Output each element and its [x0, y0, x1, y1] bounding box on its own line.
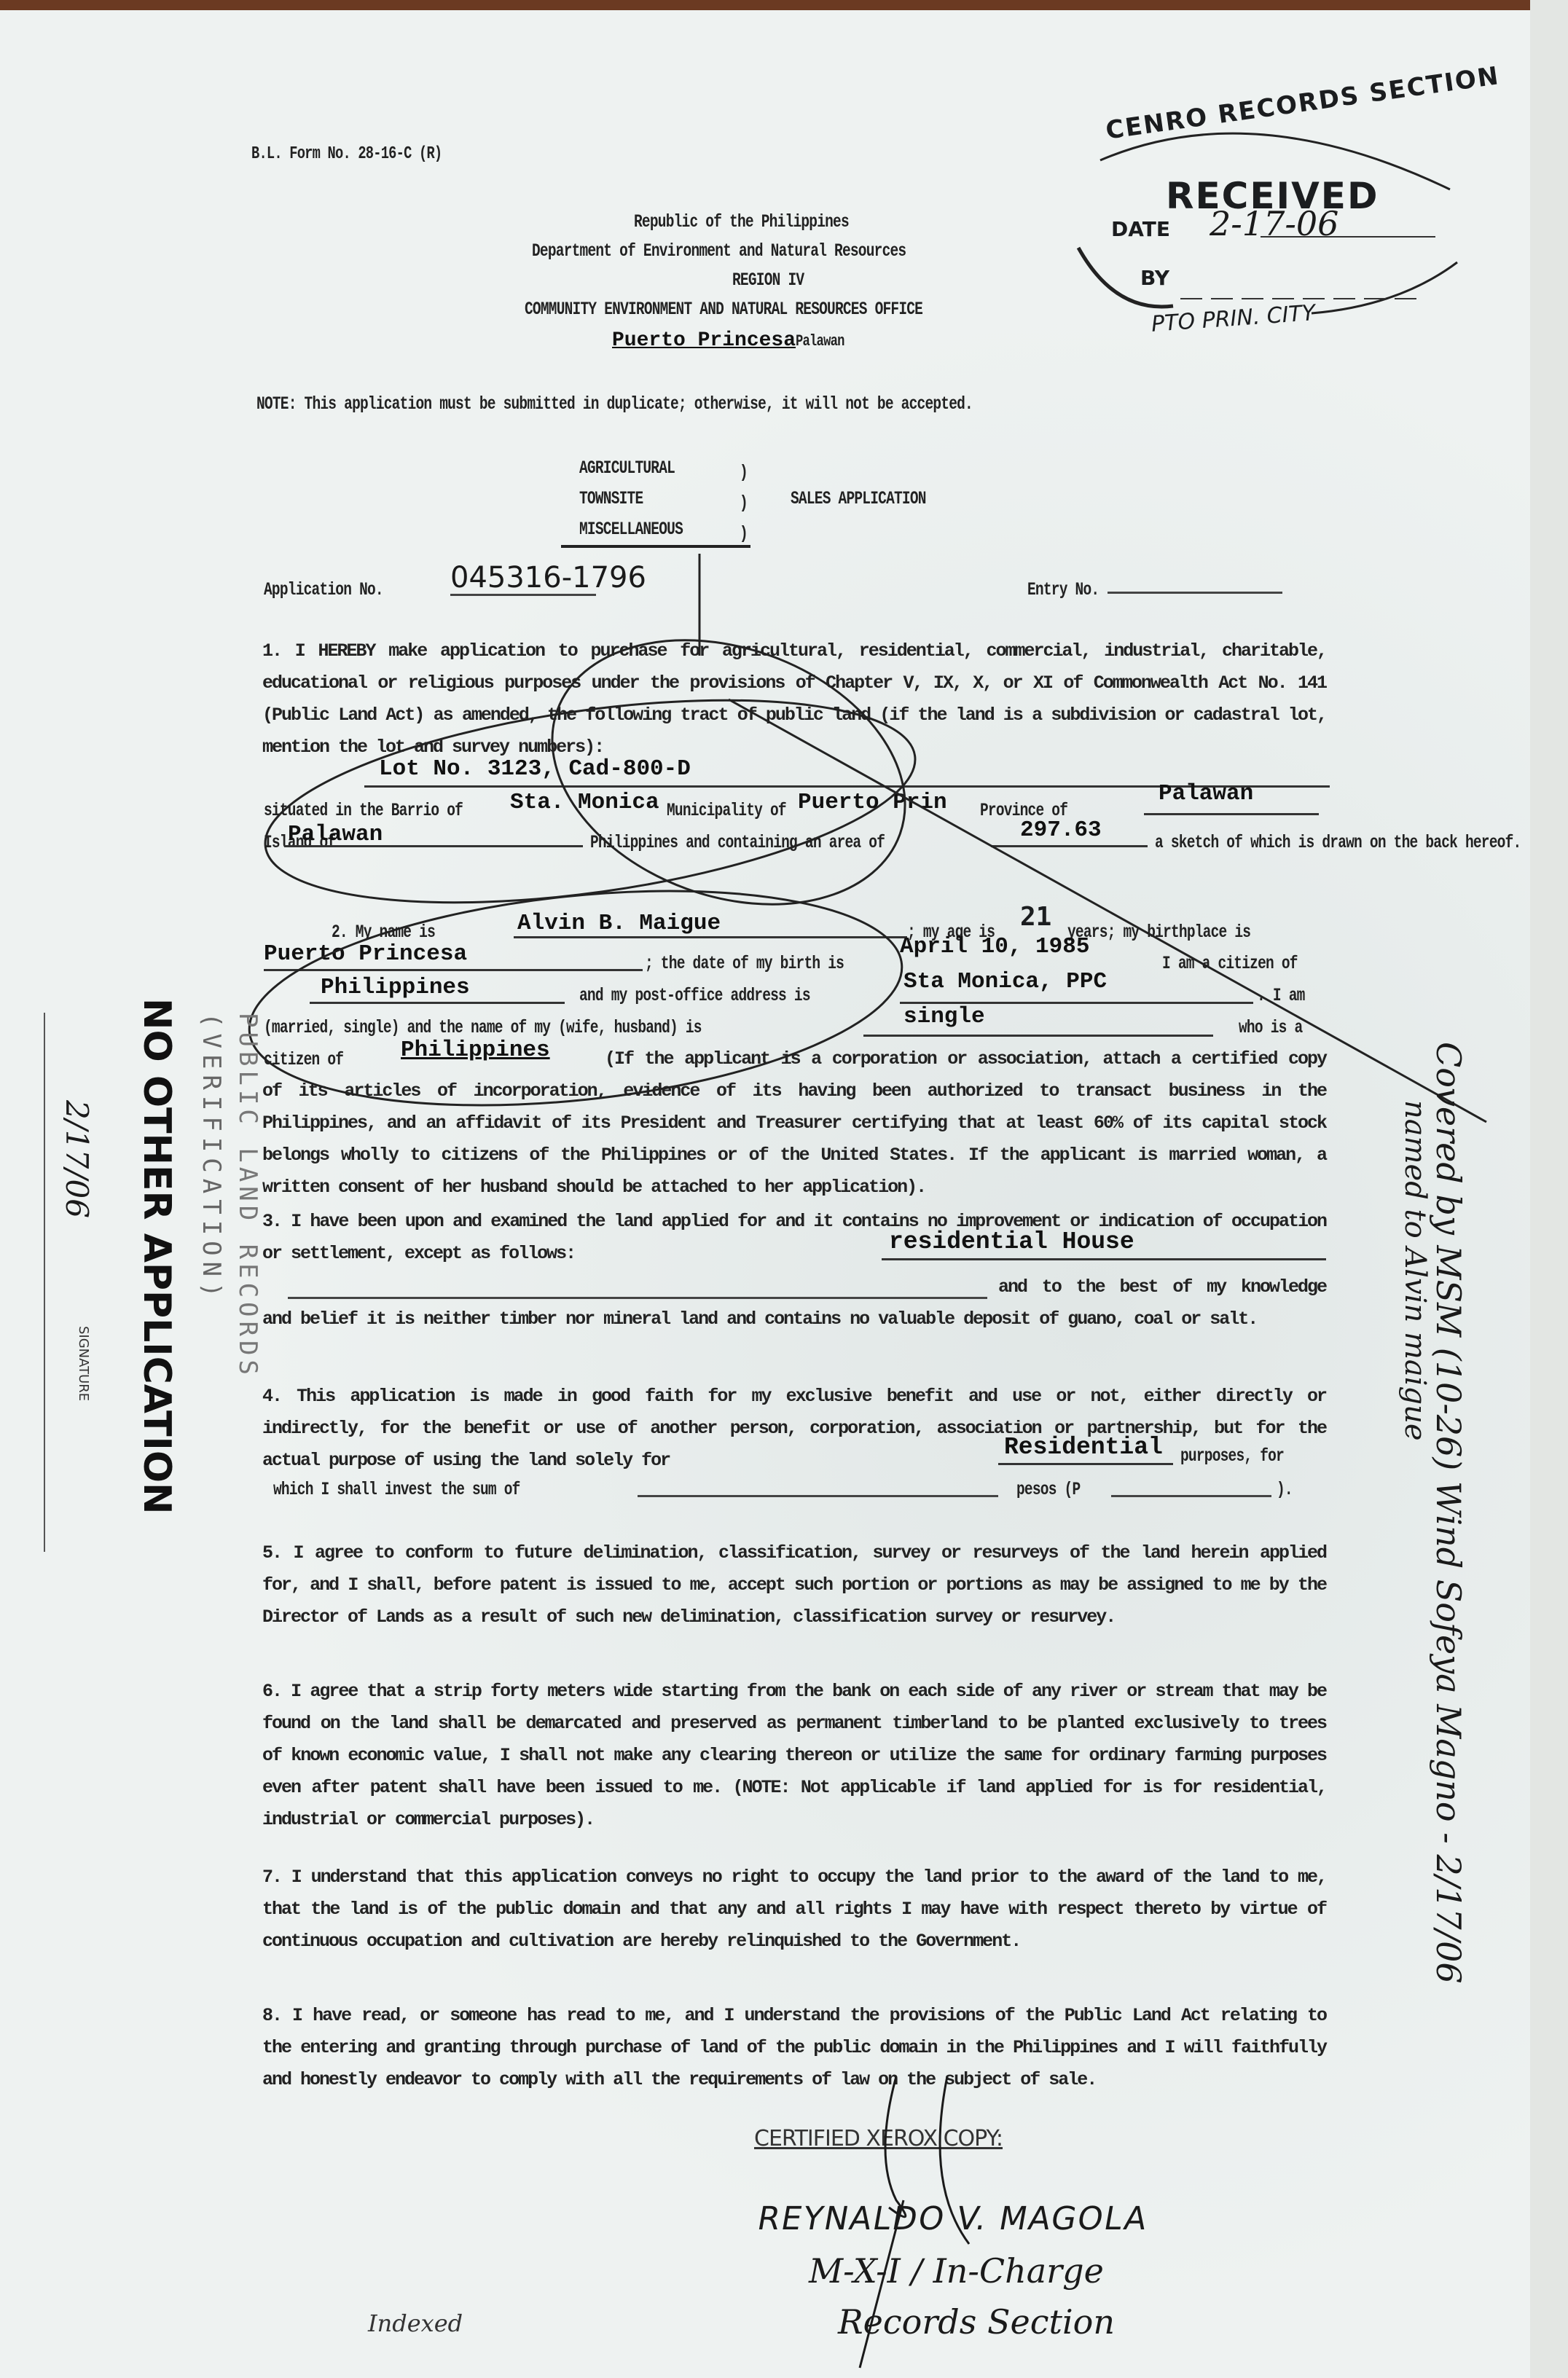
stamp-date: 2/17/06	[59, 1100, 95, 1218]
stamp-border	[44, 1013, 52, 1552]
stamp-records-line: PUBLIC LAND RECORDS	[233, 1013, 262, 1379]
stamp-no-other-application: NO OTHER APPLICATION	[135, 998, 179, 1515]
margin-note-2: named to Alvin maigue	[1398, 1100, 1432, 1441]
stamp-verification-line: (VERIFICATION)	[197, 1013, 226, 1303]
verification-stamp: PUBLIC LAND RECORDS (VERIFICATION) NO OT…	[44, 1013, 284, 1566]
indexed-note: Indexed	[368, 2310, 463, 2337]
stamp-signature-label: SIGNATURE	[76, 1326, 91, 1401]
margin-note: Covered by MSM (10-26) Wind Sofeya Magno…	[1429, 1042, 1468, 1984]
